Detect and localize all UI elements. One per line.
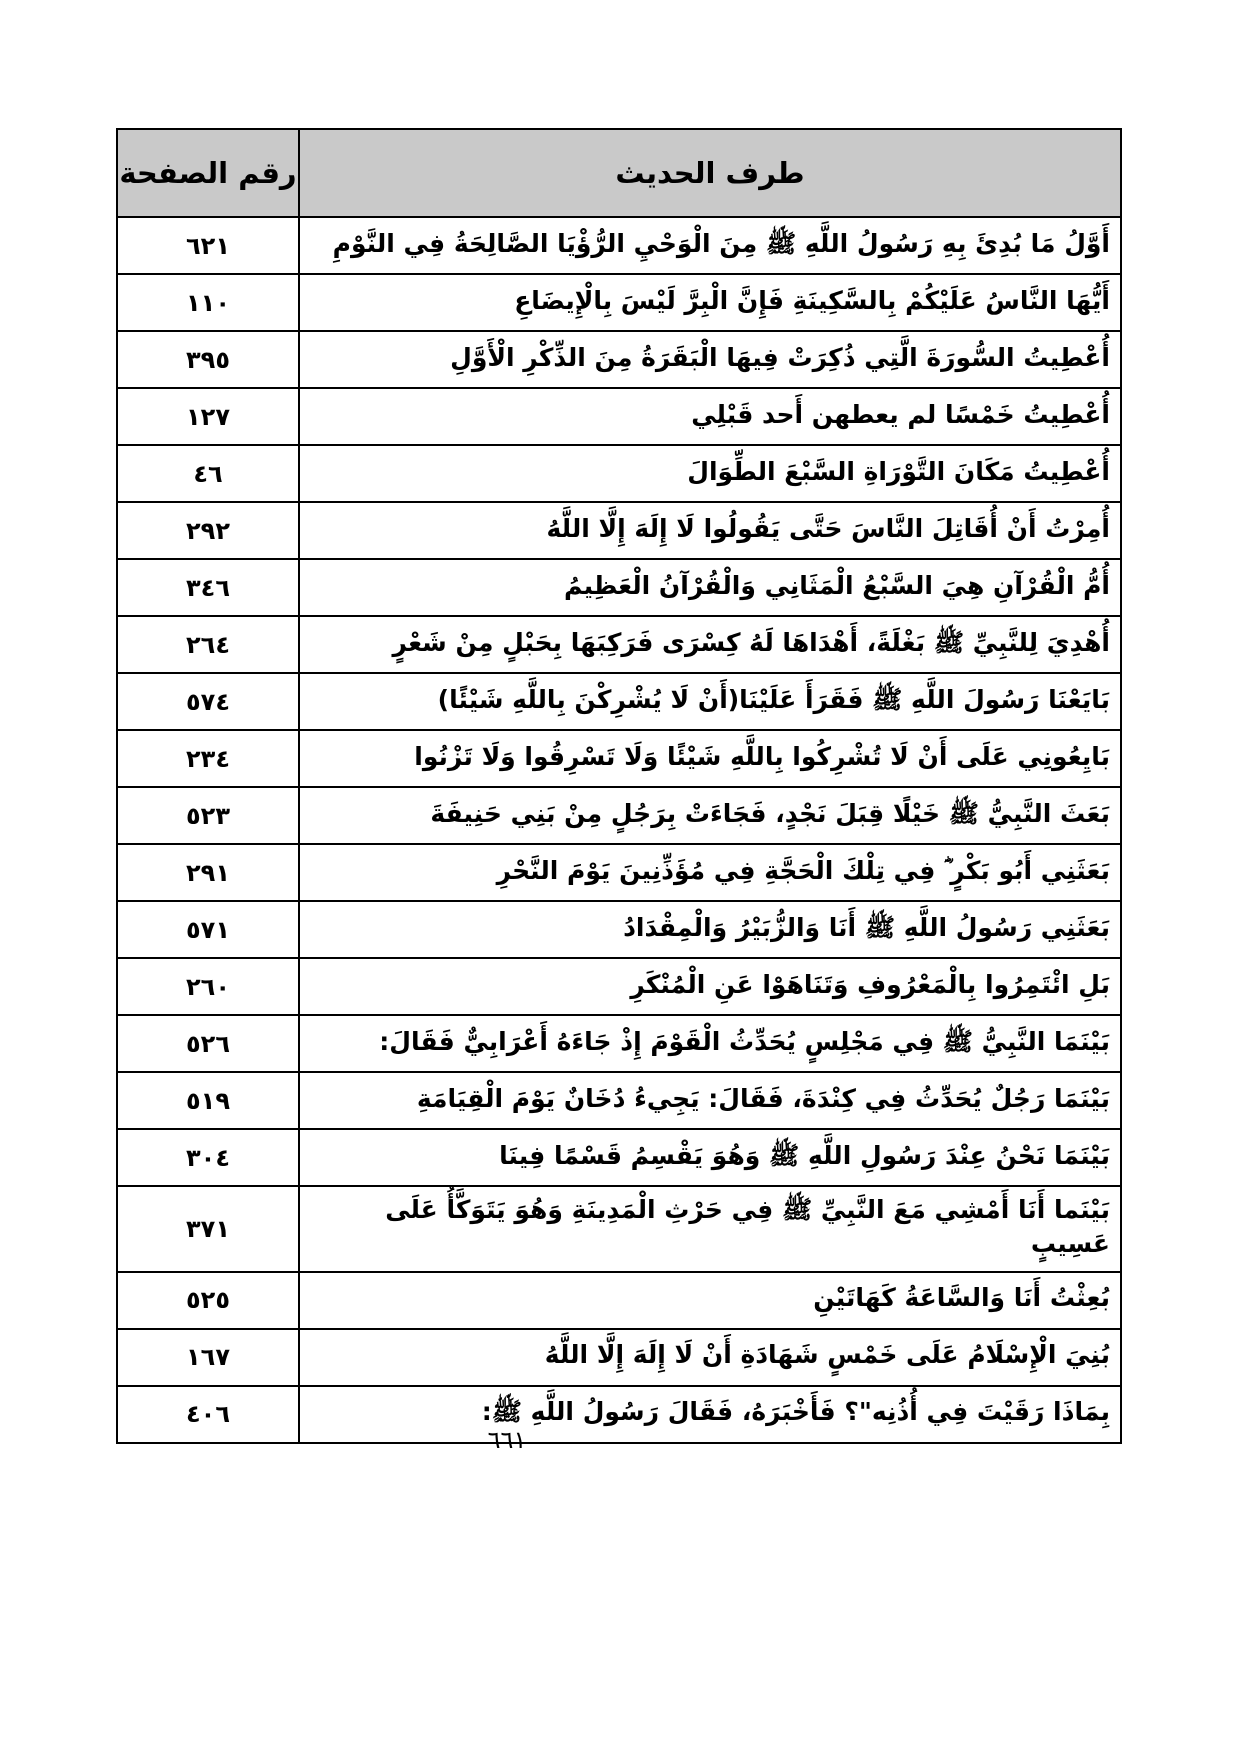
hadith-cell: أُعْطِيتُ السُّورَةَ الَّتِي ذُكِرَتْ فِ… (299, 331, 1121, 388)
table-row: أُعْطِيتُ خَمْسًا لم يعطهن أَحد قَبْلِي … (117, 388, 1121, 445)
page-number-cell: ٢٩٢ (117, 502, 299, 559)
table-row: أَوَّلُ مَا بُدِئَ بِهِ رَسُولُ اللَّهِ … (117, 217, 1121, 274)
table-row: أُعْطِيتُ السُّورَةَ الَّتِي ذُكِرَتْ فِ… (117, 331, 1121, 388)
page-number-cell: ١٦٧ (117, 1329, 299, 1386)
table-row: بَعَثَنِي أَبُو بَكْرٍ ؓ فِي تِلْكَ الْح… (117, 844, 1121, 901)
hadith-cell: بَيْنَمَا رَجُلٌ يُحَدِّثُ فِي كِنْدَةَ،… (299, 1072, 1121, 1129)
page-number-cell: ٥١٩ (117, 1072, 299, 1129)
hadith-cell: بَيْنَما أَنَا أَمْشِي مَعَ النَّبِيِّ ﷺ… (299, 1186, 1121, 1272)
table-row: بَايَعْنَا رَسُولَ اللَّهِ ﷺ فَقَرَأَ عَ… (117, 673, 1121, 730)
header-page-number: رقم الصفحة (117, 129, 299, 217)
hadith-cell: أُهْدِيَ لِلنَّبِيِّ ﷺ بَغْلَةً، أَهْدَا… (299, 616, 1121, 673)
table-row: بَيْنَمَا النَّبِيُّ ﷺ فِي مَجْلِسٍ يُحَ… (117, 1015, 1121, 1072)
hadith-index-table: طرف الحديث رقم الصفحة أَوَّلُ مَا بُدِئَ… (116, 128, 1122, 1444)
page-number-cell: ٥٧١ (117, 901, 299, 958)
table-header: طرف الحديث رقم الصفحة (117, 129, 1121, 217)
hadith-cell: بَيْنَمَا النَّبِيُّ ﷺ فِي مَجْلِسٍ يُحَ… (299, 1015, 1121, 1072)
page-number-cell: ٣٩٥ (117, 331, 299, 388)
hadith-cell: أُمِرْتُ أَنْ أُقَاتِلَ النَّاسَ حَتَّى … (299, 502, 1121, 559)
table-row: بَيْنَما أَنَا أَمْشِي مَعَ النَّبِيِّ ﷺ… (117, 1186, 1121, 1272)
hadith-cell: بَايَعْنَا رَسُولَ اللَّهِ ﷺ فَقَرَأَ عَ… (299, 673, 1121, 730)
page-number-cell: ٥٧٤ (117, 673, 299, 730)
table-row: أُعْطِيتُ مَكَانَ التَّوْرَاةِ السَّبْعَ… (117, 445, 1121, 502)
page-number-cell: ٢٣٤ (117, 730, 299, 787)
table-body: أَوَّلُ مَا بُدِئَ بِهِ رَسُولُ اللَّهِ … (117, 217, 1121, 1443)
hadith-index-table-wrap: طرف الحديث رقم الصفحة أَوَّلُ مَا بُدِئَ… (118, 128, 1122, 1444)
page-number-cell: ٣٤٦ (117, 559, 299, 616)
page-number-cell: ٢٦٠ (117, 958, 299, 1015)
hadith-cell: بَعَثَنِي رَسُولُ اللَّهِ ﷺ أَنَا وَالزُ… (299, 901, 1121, 958)
table-row: بَلِ ائْتَمِرُوا بِالْمَعْرُوفِ وَتَنَاه… (117, 958, 1121, 1015)
page-number-cell: ٣٧١ (117, 1186, 299, 1272)
hadith-cell: بَيْنَمَا نَحْنُ عِنْدَ رَسُولِ اللَّهِ … (299, 1129, 1121, 1186)
hadith-cell: بُنِيَ الْإِسْلَامُ عَلَى خَمْسٍ شَهَادَ… (299, 1329, 1121, 1386)
table-row: بُنِيَ الْإِسْلَامُ عَلَى خَمْسٍ شَهَادَ… (117, 1329, 1121, 1386)
table-row: أُمِرْتُ أَنْ أُقَاتِلَ النَّاسَ حَتَّى … (117, 502, 1121, 559)
page-number-cell: ٣٠٤ (117, 1129, 299, 1186)
hadith-cell: أُمُّ الْقُرْآنِ هِيَ السَّبْعُ الْمَثَا… (299, 559, 1121, 616)
header-row: طرف الحديث رقم الصفحة (117, 129, 1121, 217)
table-row: بَيْنَمَا نَحْنُ عِنْدَ رَسُولِ اللَّهِ … (117, 1129, 1121, 1186)
page-number-cell: ٤٦ (117, 445, 299, 502)
page-number-cell: ٥٢٦ (117, 1015, 299, 1072)
table-row: أُهْدِيَ لِلنَّبِيِّ ﷺ بَغْلَةً، أَهْدَا… (117, 616, 1121, 673)
table-row: بَايِعُونِي عَلَى أَنْ لَا تُشْرِكُوا بِ… (117, 730, 1121, 787)
table-row: بَعَثَ النَّبِيُّ ﷺ خَيْلًا قِبَلَ نَجْد… (117, 787, 1121, 844)
header-hadith: طرف الحديث (299, 129, 1121, 217)
table-row: بُعِثْتُ أَنَا وَالسَّاعَةُ كَهَاتَيْنِ … (117, 1272, 1121, 1329)
footer-page-number: ٦٦١ (0, 1426, 1014, 1454)
table-row: بَعَثَنِي رَسُولُ اللَّهِ ﷺ أَنَا وَالزُ… (117, 901, 1121, 958)
hadith-cell: أُعْطِيتُ مَكَانَ التَّوْرَاةِ السَّبْعَ… (299, 445, 1121, 502)
hadith-cell: بَايِعُونِي عَلَى أَنْ لَا تُشْرِكُوا بِ… (299, 730, 1121, 787)
hadith-cell: أَوَّلُ مَا بُدِئَ بِهِ رَسُولُ اللَّهِ … (299, 217, 1121, 274)
hadith-cell: بَلِ ائْتَمِرُوا بِالْمَعْرُوفِ وَتَنَاه… (299, 958, 1121, 1015)
hadith-cell: أَيُّهَا النَّاسُ عَلَيْكُمْ بِالسَّكِين… (299, 274, 1121, 331)
page-number-cell: ١٢٧ (117, 388, 299, 445)
page-number-cell: ١١٠ (117, 274, 299, 331)
hadith-cell: أُعْطِيتُ خَمْسًا لم يعطهن أَحد قَبْلِي (299, 388, 1121, 445)
page-number-cell: ٢٦٤ (117, 616, 299, 673)
hadith-cell: بَعَثَنِي أَبُو بَكْرٍ ؓ فِي تِلْكَ الْح… (299, 844, 1121, 901)
page-number-cell: ٥٢٣ (117, 787, 299, 844)
table-row: أَيُّهَا النَّاسُ عَلَيْكُمْ بِالسَّكِين… (117, 274, 1121, 331)
page-number-cell: ٢٩١ (117, 844, 299, 901)
page-number-cell: ٥٢٥ (117, 1272, 299, 1329)
page-number-cell: ٦٢١ (117, 217, 299, 274)
document-page: { "colors": { "page_bg": "#ffffff", "hea… (0, 0, 1240, 1754)
hadith-cell: بَعَثَ النَّبِيُّ ﷺ خَيْلًا قِبَلَ نَجْد… (299, 787, 1121, 844)
table-row: بَيْنَمَا رَجُلٌ يُحَدِّثُ فِي كِنْدَةَ،… (117, 1072, 1121, 1129)
table-row: أُمُّ الْقُرْآنِ هِيَ السَّبْعُ الْمَثَا… (117, 559, 1121, 616)
hadith-cell: بُعِثْتُ أَنَا وَالسَّاعَةُ كَهَاتَيْنِ (299, 1272, 1121, 1329)
